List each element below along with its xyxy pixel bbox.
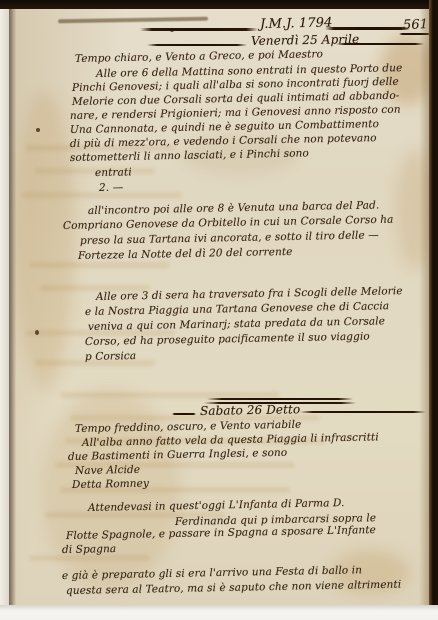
binding-gutter xyxy=(9,9,16,605)
section-divider xyxy=(300,411,426,413)
bleedthrough-line xyxy=(30,262,170,268)
manuscript-scan: J.M.J. 1794 561 Venerdì 25 Aprile Tempo … xyxy=(0,0,438,620)
page-edge-shadow xyxy=(419,9,429,605)
bleedthrough-line xyxy=(30,555,150,561)
header-rule xyxy=(147,44,247,46)
header-rule xyxy=(140,28,258,31)
manuscript-line: p Corsica xyxy=(85,350,136,363)
manuscript-line: entrati xyxy=(95,166,132,179)
margin-note: 2. — xyxy=(99,182,123,194)
journal-invocation: J.M.J. 1794 xyxy=(260,15,333,32)
day2-date-header: Sabato 26 Detto xyxy=(200,402,300,418)
manuscript-line: di Spagna xyxy=(62,543,116,556)
day1-date-header: Venerdì 25 Aprile xyxy=(251,32,359,48)
section-divider xyxy=(207,398,353,400)
manuscript-line: Detta Romney xyxy=(72,478,149,491)
scan-margin-bottom xyxy=(0,605,438,620)
manuscript-line: Nave Alcide xyxy=(75,464,140,477)
ink-speck xyxy=(35,330,39,335)
section-divider xyxy=(172,413,196,415)
ink-speck xyxy=(36,128,40,132)
header-rule xyxy=(325,27,410,30)
opposite-leaf-edge xyxy=(0,9,9,605)
scan-frame-right xyxy=(429,0,438,605)
scan-frame-top xyxy=(0,0,438,9)
